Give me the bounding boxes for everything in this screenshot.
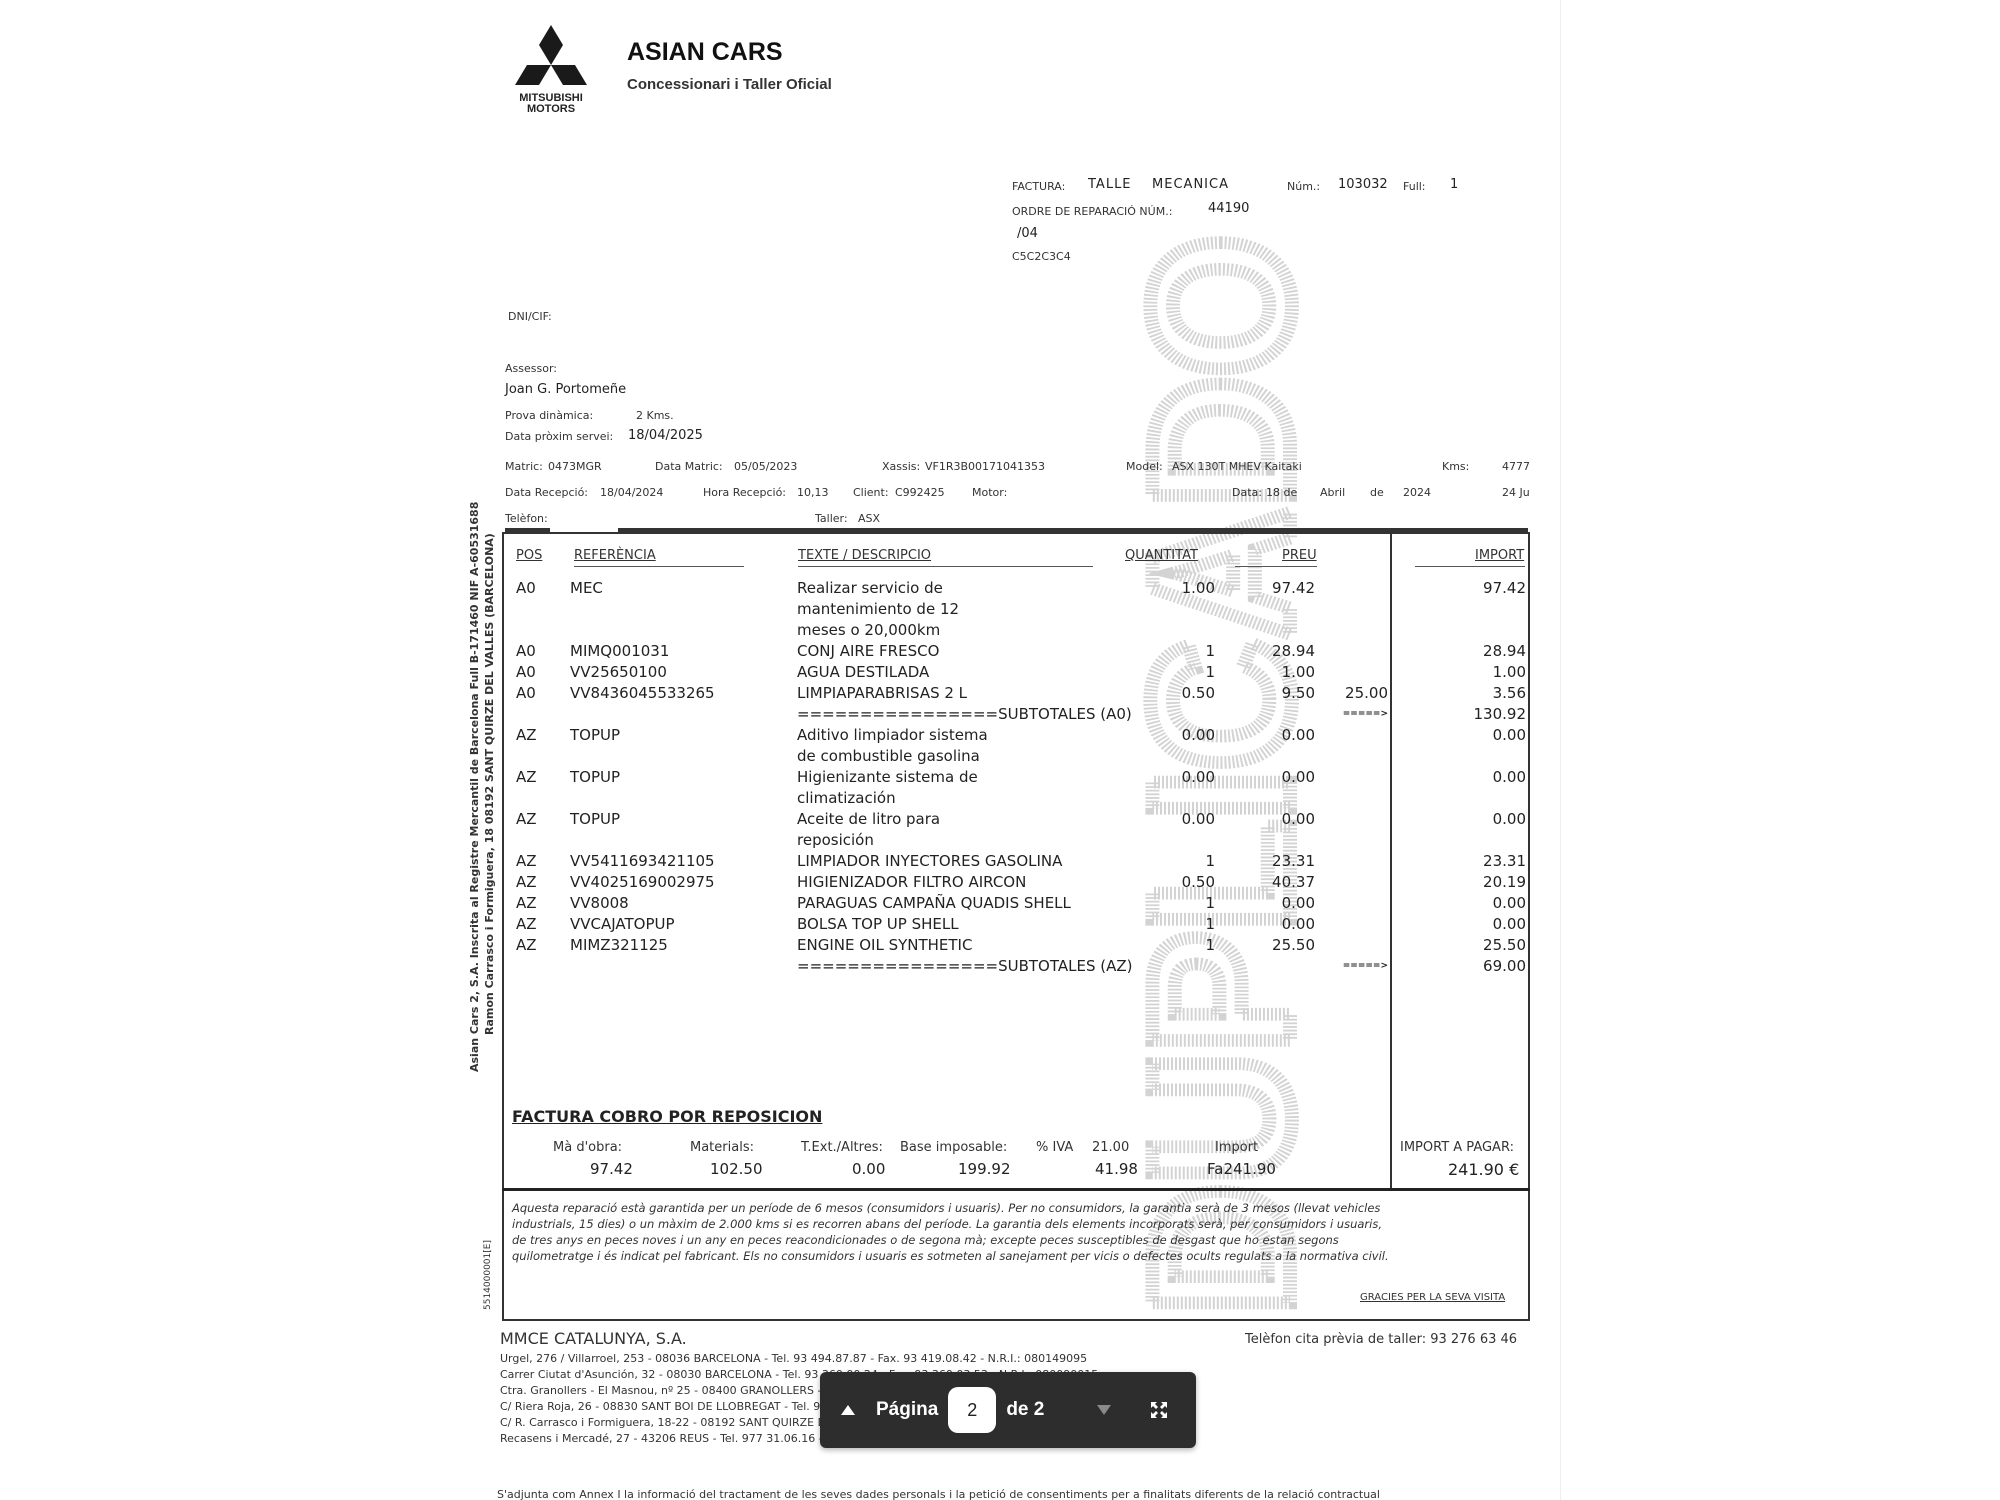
page-count: de 2	[1006, 1399, 1044, 1421]
cell-preu: 0.00	[1230, 767, 1315, 787]
cell-quantitat: 0.00	[1120, 725, 1215, 745]
cell-quantitat: 0.50	[1120, 872, 1215, 892]
header-underline	[1415, 566, 1525, 567]
cell-descripcio: Aceite de litro para	[797, 809, 940, 829]
xassis-label: Xassis:	[882, 460, 920, 473]
full-label: Full:	[1403, 180, 1426, 193]
altres-value: 0.00	[852, 1160, 885, 1178]
cell-import: 1.00	[1420, 662, 1526, 682]
cell-referencia: VV8436045533265	[570, 683, 715, 703]
cell-import: 3.56	[1420, 683, 1526, 703]
base-value: 199.92	[958, 1160, 1011, 1178]
cell-descripcio: PARAGUAS CAMPAÑA QUADIS SHELL	[797, 893, 1071, 913]
model-value: ASX 130T MHEV Kaitaki	[1172, 460, 1302, 473]
cell-referencia: VV8008	[570, 893, 629, 913]
cell-preu: 25.50	[1230, 935, 1315, 955]
dni-label: DNI/CIF:	[508, 310, 552, 323]
cell-referencia: TOPUP	[570, 725, 620, 745]
ma-obra-label: Mà d'obra:	[553, 1140, 622, 1155]
cell-descripcio: ================SUBTOTALES (AZ)	[797, 956, 1132, 976]
cell-import: 28.94	[1420, 641, 1526, 661]
cell-quantitat: 1	[1120, 662, 1215, 682]
cell-descripcio: de combustible gasolina	[797, 746, 980, 766]
cell-descripcio: Realizar servicio de	[797, 578, 943, 598]
cell-preu: 9.50	[1230, 683, 1315, 703]
cell-descripcio: CONJ AIRE FRESCO	[797, 641, 939, 661]
thanks-text: GRACIES PER LA SEVA VISITA	[1360, 1292, 1505, 1303]
fullscreen-button[interactable]	[1134, 1372, 1184, 1448]
cell-pos: AZ	[516, 851, 537, 871]
ma-obra-value: 97.42	[590, 1160, 633, 1178]
header-underline	[1235, 566, 1317, 567]
header-underline	[798, 566, 1093, 567]
cell-import: 0.00	[1420, 809, 1526, 829]
altres-label: T.Ext./Altres:	[801, 1140, 883, 1155]
cell-import: 23.31	[1420, 851, 1526, 871]
warranty-text: Aquesta reparació està garantida per un …	[512, 1200, 1392, 1264]
invoice-line4: C5C2C3C4	[1012, 250, 1071, 263]
page-label: Página	[876, 1399, 938, 1421]
cell-referencia: MIMZ321125	[570, 935, 668, 955]
fullscreen-icon	[1150, 1401, 1168, 1419]
cell-preu: 0.00	[1230, 725, 1315, 745]
cell-pos: A0	[516, 641, 536, 661]
matric-value: 0473MGR	[548, 460, 602, 473]
data-month: Abril	[1320, 486, 1345, 499]
kms-value: 4777	[1502, 460, 1530, 473]
col-header-descripcio: TEXTE / DESCRIPCIO	[798, 548, 931, 563]
side-legal-line2: Ramon Carrasco i Formiguera, 18 08192 SA…	[483, 533, 496, 1035]
cell-pos: AZ	[516, 893, 537, 913]
col-header-referencia: REFERÈNCIA	[574, 548, 656, 563]
cell-quantitat: 1.00	[1120, 578, 1215, 598]
cell-preu: 23.31	[1230, 851, 1315, 871]
cell-import: 0.00	[1420, 725, 1526, 745]
cell-preu: 97.42	[1230, 578, 1315, 598]
footer-phone: Telèfon cita prèvia de taller: 93 276 63…	[1245, 1332, 1517, 1347]
data-matric-value: 05/05/2023	[734, 460, 797, 473]
prova-label: Prova dinàmica:	[505, 409, 593, 422]
cell-pos: A0	[516, 662, 536, 682]
previous-page-button[interactable]	[820, 1372, 876, 1448]
num-label: Núm.:	[1287, 180, 1320, 193]
totals-title: FACTURA COBRO POR REPOSICION	[512, 1107, 822, 1126]
taller-value: ASX	[858, 512, 880, 525]
data-extra: 24 Ju	[1502, 486, 1530, 499]
side-code: 5514000001[E]	[483, 1240, 493, 1310]
data-label: Data:	[1232, 486, 1262, 499]
cell-quantitat: 1	[1120, 893, 1215, 913]
hora-value: 10,13	[797, 486, 829, 499]
recepcio-label: Data Recepció:	[505, 486, 588, 499]
model-label: Model:	[1126, 460, 1163, 473]
import-value: Fa241.90	[1207, 1160, 1276, 1178]
col-header-quantitat: QUANTITAT	[1125, 548, 1198, 563]
pdf-page-toolbar: Página de 2	[820, 1372, 1196, 1448]
ordre-number: 44190	[1208, 201, 1249, 216]
data-year: 2024	[1403, 486, 1431, 499]
cell-pos: AZ	[516, 935, 537, 955]
cell-import: 0.00	[1420, 914, 1526, 934]
column-divider	[1390, 532, 1392, 1102]
assessor-label: Assessor:	[505, 362, 557, 375]
next-page-button[interactable]	[1074, 1372, 1134, 1448]
cell-referencia: TOPUP	[570, 767, 620, 787]
cell-import: 0.00	[1420, 893, 1526, 913]
cell-descripcio: AGUA DESTILADA	[797, 662, 929, 682]
cell-preu: 0.00	[1230, 893, 1315, 913]
full-number: 1	[1450, 177, 1458, 192]
cell-descompte: 25.00	[1330, 683, 1388, 703]
cell-referencia: MIMQ001031	[570, 641, 669, 661]
data-de: de	[1370, 486, 1384, 499]
cell-referencia: MEC	[570, 578, 603, 598]
side-legal-line1: Asian Cars 2, S.A. Inscrita al Registre …	[468, 502, 481, 1072]
iva-value: 41.98	[1095, 1160, 1138, 1178]
cell-pos: AZ	[516, 809, 537, 829]
proxim-date: 18/04/2025	[628, 428, 703, 443]
cell-import: 69.00	[1420, 956, 1526, 976]
cell-descripcio: ================SUBTOTALES (A0)	[797, 704, 1132, 724]
cell-referencia: VV5411693421105	[570, 851, 715, 871]
cell-descripcio: climatización	[797, 788, 896, 808]
client-label: Client:	[853, 486, 889, 499]
col-header-pos: POS	[516, 548, 542, 563]
invoice-line3: /04	[1017, 226, 1038, 241]
cell-descripcio: BOLSA TOP UP SHELL	[797, 914, 959, 934]
telefon-label: Telèfon:	[505, 512, 548, 525]
cell-descripcio: ENGINE OIL SYNTHETIC	[797, 935, 972, 955]
cell-import: 25.50	[1420, 935, 1526, 955]
proxim-label: Data pròxim servei:	[505, 430, 613, 443]
taller-label: Taller:	[815, 512, 848, 525]
import-label: Import	[1215, 1140, 1258, 1155]
logo-text: MITSUBISHI MOTORS	[505, 93, 597, 115]
three-diamonds-icon	[505, 25, 597, 95]
invoice-number: 103032	[1338, 177, 1388, 192]
recepcio-value: 18/04/2024	[600, 486, 663, 499]
cell-referencia: VV25650100	[570, 662, 667, 682]
cell-preu: 28.94	[1230, 641, 1315, 661]
pagar-value: 241.90 €	[1448, 1160, 1519, 1179]
kms-label: Kms:	[1442, 460, 1469, 473]
cell-pos: AZ	[516, 872, 537, 892]
motor-label: Motor:	[972, 486, 1007, 499]
cell-descripcio: reposición	[797, 830, 874, 850]
cell-quantitat: 1	[1120, 851, 1215, 871]
cell-referencia: VV4025169002975	[570, 872, 715, 892]
page-number-input[interactable]	[948, 1387, 996, 1433]
factura-type: TALLE MECANICA	[1088, 177, 1229, 192]
cell-pos: A0	[516, 578, 536, 598]
ordre-label: ORDRE DE REPARACIÓ NÚM.:	[1012, 205, 1172, 218]
cell-descompte: =====>	[1330, 956, 1388, 976]
cell-quantitat: 0.50	[1120, 683, 1215, 703]
cell-pos: AZ	[516, 914, 537, 934]
cell-referencia: VVCAJATOPUP	[570, 914, 675, 934]
company-subtitle: Concessionari i Taller Oficial	[627, 76, 832, 93]
factura-label: FACTURA:	[1012, 180, 1065, 193]
cell-descripcio: Aditivo limpiador sistema	[797, 725, 988, 745]
cell-preu: 40.37	[1230, 872, 1315, 892]
col-header-import: IMPORT	[1475, 548, 1524, 563]
cell-descripcio: Higienizante sistema de	[797, 767, 978, 787]
cell-pos: AZ	[516, 725, 537, 745]
cell-import: 97.42	[1420, 578, 1526, 598]
company-name: ASIAN CARS	[627, 38, 783, 67]
xassis-value: VF1R3B00171041353	[925, 460, 1045, 473]
cell-quantitat: 1	[1120, 641, 1215, 661]
cell-descripcio: meses o 20,000km	[797, 620, 940, 640]
data-matric-label: Data Matric:	[655, 460, 723, 473]
cell-descripcio: HIGIENIZADOR FILTRO AIRCON	[797, 872, 1026, 892]
data-day: 18 de	[1266, 486, 1297, 499]
cell-quantitat: 1	[1120, 914, 1215, 934]
cell-quantitat: 0.00	[1120, 767, 1215, 787]
footer-company: MMCE CATALUNYA, S.A.	[500, 1329, 687, 1348]
cell-import: 20.19	[1420, 872, 1526, 892]
cell-descripcio: mantenimiento de 12	[797, 599, 959, 619]
cell-descompte: =====>	[1330, 704, 1388, 724]
matric-label: Matric:	[505, 460, 543, 473]
cell-pos: AZ	[516, 767, 537, 787]
cell-preu: 0.00	[1230, 809, 1315, 829]
cell-descripcio: LIMPIADOR INYECTORES GASOLINA	[797, 851, 1062, 871]
iva-rate: 21.00	[1092, 1140, 1129, 1155]
cell-quantitat: 1	[1120, 935, 1215, 955]
cell-pos: A0	[516, 683, 536, 703]
hora-label: Hora Recepció:	[703, 486, 786, 499]
cell-descripcio: LIMPIAPARABRISAS 2 L	[797, 683, 967, 703]
triangle-down-icon	[1097, 1405, 1111, 1415]
footer-address-line: Urgel, 276 / Villarroel, 253 - 08036 BAR…	[500, 1352, 1087, 1365]
col-header-preu: PREU	[1282, 548, 1317, 563]
cell-import: 0.00	[1420, 767, 1526, 787]
materials-value: 102.50	[710, 1160, 763, 1178]
cell-referencia: TOPUP	[570, 809, 620, 829]
header-underline	[574, 566, 744, 567]
cell-import: 130.92	[1420, 704, 1526, 724]
assessor-name: Joan G. Portomeñe	[505, 382, 626, 397]
iva-label: % IVA	[1036, 1140, 1073, 1155]
cell-preu: 0.00	[1230, 914, 1315, 934]
mitsubishi-logo: MITSUBISHI MOTORS	[505, 25, 597, 125]
column-divider	[1390, 1102, 1392, 1190]
cell-preu: 1.00	[1230, 662, 1315, 682]
triangle-up-icon	[841, 1405, 855, 1415]
materials-label: Materials:	[690, 1140, 754, 1155]
pagar-label: IMPORT A PAGAR:	[1400, 1140, 1514, 1155]
footer-legal: S'adjunta com Annex I la informació del …	[497, 1488, 1380, 1500]
base-label: Base imposable:	[900, 1140, 1007, 1155]
client-value: C992425	[895, 486, 945, 499]
prova-value: 2 Kms.	[636, 409, 674, 422]
cell-quantitat: 0.00	[1120, 809, 1215, 829]
